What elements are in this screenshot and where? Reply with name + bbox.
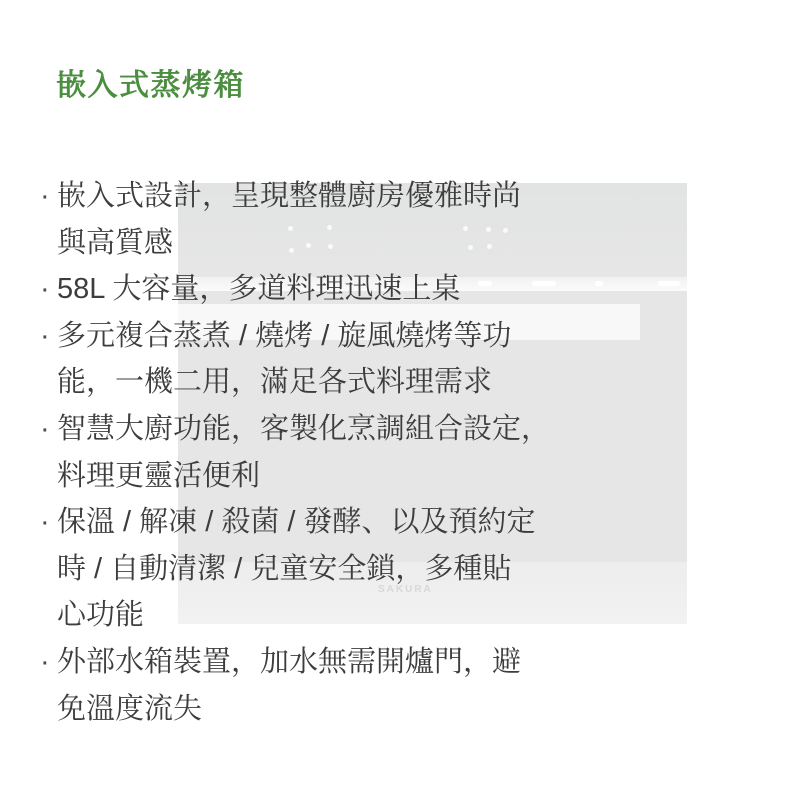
feature-text-line: 58L 大容量，多道料理迅速上桌 [57,266,640,313]
feature-text-line: 與高質感 [57,220,640,267]
feature-text-line: 多元複合蒸煮 / 燒烤 / 旋風燒烤等功 [57,313,640,360]
page-title: 嵌入式蒸烤箱 [56,60,245,104]
feature-text-line: 料理更靈活便利 [57,453,640,500]
feature-text-line: 智慧大廚功能，客製化烹調組合設定， [57,406,640,453]
bullet-marker: · [40,499,50,546]
feature-text-line: 外部水箱裝置，加水無需開爐門，避 [57,639,640,686]
feature-item: · 智慧大廚功能，客製化烹調組合設定， 料理更靈活便利 [40,406,640,499]
handle-highlight [658,281,680,286]
bullet-marker: · [40,639,50,686]
bullet-marker: · [40,313,50,360]
feature-text-line: 能，一機二用，滿足各式料理需求 [57,359,640,406]
feature-item: · 嵌入式設計，呈現整體廚房優雅時尚 與高質感 [40,173,640,266]
bullet-marker: · [40,406,50,453]
feature-item: · 保溫 / 解凍 / 殺菌 / 發酵、以及預約定 時 / 自動清潔 / 兒童安… [40,499,640,639]
feature-item: · 外部水箱裝置，加水無需開爐門，避 免溫度流失 [40,639,640,732]
feature-list: · 嵌入式設計，呈現整體廚房優雅時尚 與高質感 · 58L 大容量，多道料理迅速… [40,173,640,732]
feature-text-line: 嵌入式設計，呈現整體廚房優雅時尚 [57,173,640,220]
feature-text-line: 保溫 / 解凍 / 殺菌 / 發酵、以及預約定 [57,499,640,546]
feature-text-line: 免溫度流失 [57,686,640,733]
feature-item: · 多元複合蒸煮 / 燒烤 / 旋風燒烤等功 能，一機二用，滿足各式料理需求 [40,313,640,406]
feature-text-line: 時 / 自動清潔 / 兒童安全鎖，多種貼 [57,546,640,593]
bullet-marker: · [40,173,50,220]
feature-text-line: 心功能 [57,592,640,639]
feature-item: · 58L 大容量，多道料理迅速上桌 [40,266,640,313]
bullet-marker: · [40,266,50,313]
